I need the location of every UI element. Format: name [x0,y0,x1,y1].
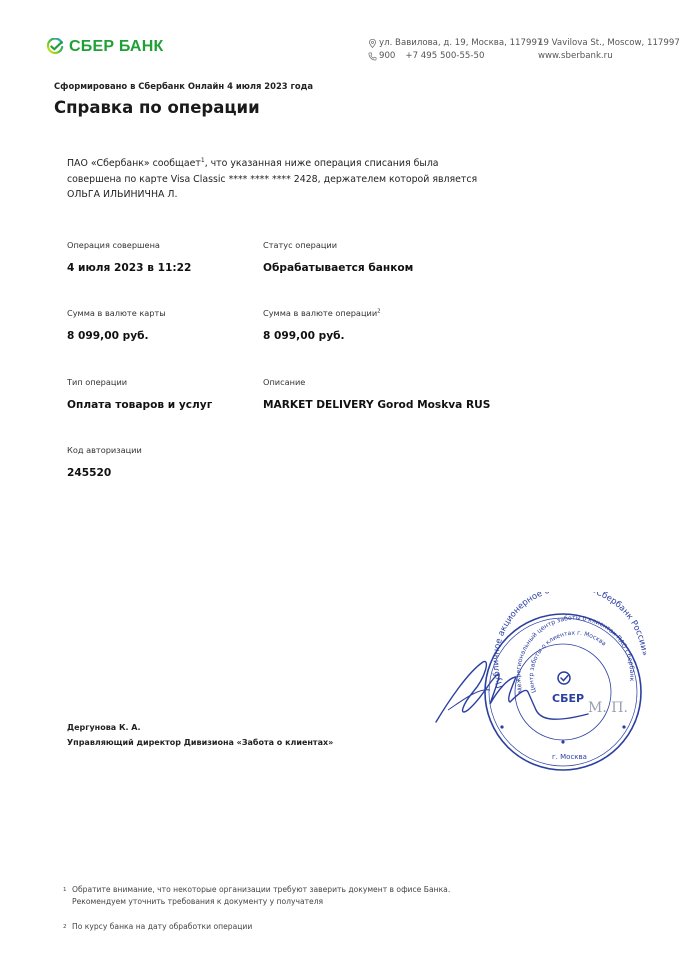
field-auth-code: Код авторизации 245520 [67,445,142,479]
field-amount-card: Сумма в валюте карты 8 099,00 руб. [67,308,166,342]
field-value: 4 июля 2023 в 11:22 [67,262,191,274]
phone-short[interactable]: 900 [379,50,395,63]
svg-text:Центр заботы о клиентах г. Мос: Центр заботы о клиентах г. Москва [528,630,607,694]
svg-text:СБЕР: СБЕР [552,692,584,705]
intro-paragraph: ПАО «Сбербанк» сообщает1, что указанная … [67,153,487,203]
mp-mark: М. П. [588,700,628,716]
footnote-1: 1 Обратите внимание, что некоторые орган… [63,884,462,908]
field-value: MARKET DELIVERY Gorod Moskva RUS [263,399,490,411]
map-pin-icon [368,39,377,48]
field-label: Операция совершена [67,240,191,250]
field-label: Описание [263,377,490,387]
intro-text-1: ПАО «Сбербанк» сообщает [67,158,201,169]
footnotes: 1 Обратите внимание, что некоторые орган… [63,884,462,933]
field-description: Описание MARKET DELIVERY Gorod Moskva RU… [263,377,490,411]
field-value: Оплата товаров и услуг [67,399,212,411]
field-label: Тип операции [67,377,212,387]
field-label: Статус операции [263,240,413,250]
signer-name: Дергунова К. А. [67,720,333,735]
field-value: 8 099,00 руб. [263,330,381,342]
page-title: Справка по операции [54,98,260,117]
field-value: 245520 [67,467,142,479]
contacts-en: 19 Vavilova St., Moscow, 117997 www.sber… [538,37,680,63]
contacts-ru: ул. Вавилова, д. 19, Москва, 117997 900 … [368,37,542,63]
field-value: 8 099,00 руб. [67,330,166,342]
svg-text:г. Москва: г. Москва [552,753,587,761]
svg-text:Публичное акционерное общество: Публичное акционерное общество «Сбербанк… [491,592,649,689]
field-value: Обрабатывается банком [263,262,413,274]
field-status: Статус операции Обрабатывается банком [263,240,413,274]
field-amount-operation: Сумма в валюте операции2 8 099,00 руб. [263,308,381,342]
field-label: Сумма в валюте операции2 [263,308,381,318]
address-en: 19 Vavilova St., Moscow, 117997 [538,37,680,50]
footnote-2: 2 По курсу банка на дату обработки опера… [63,921,462,933]
field-label: Сумма в валюте карты [67,308,166,318]
footnote-ref-2: 2 [377,308,381,314]
official-stamp: Публичное акционерное общество «Сбербанк… [428,592,658,772]
brand-name: СБЕР БАНК [69,38,163,56]
phone-full[interactable]: +7 495 500-55-50 [405,50,484,63]
sber-check-icon [46,38,64,56]
formed-note: Сформировано в Сбербанк Онлайн 4 июля 20… [54,81,313,91]
sber-logo: СБЕР БАНК [46,38,163,56]
field-operation-type: Тип операции Оплата товаров и услуг [67,377,212,411]
address-ru: ул. Вавилова, д. 19, Москва, 117997 [379,37,542,50]
website-link[interactable]: www.sberbank.ru [538,50,613,63]
field-label: Код авторизации [67,445,142,455]
signer-block: Дергунова К. А. Управляющий директор Див… [67,720,333,750]
field-operation-date: Операция совершена 4 июля 2023 в 11:22 [67,240,191,274]
phone-icon [368,52,377,61]
signer-position: Управляющий директор Дивизиона «Забота о… [67,735,333,750]
